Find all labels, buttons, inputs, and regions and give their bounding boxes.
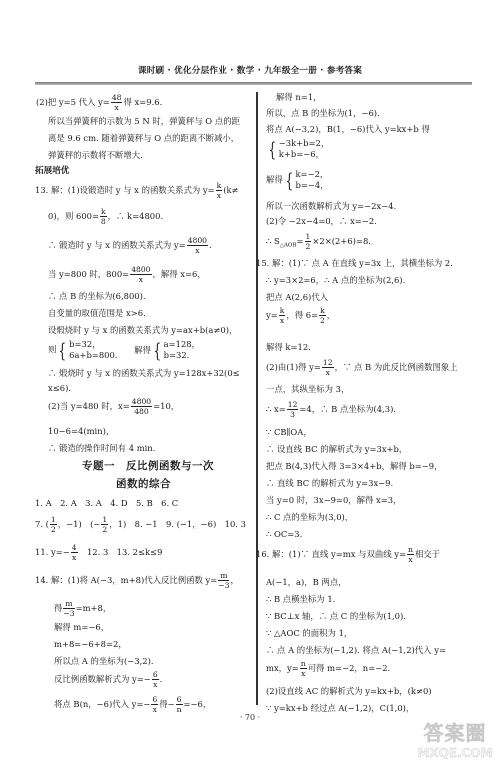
q12-part2-line1: (2)把 y=5 代入 y=48x得 x=9.6. [36,93,162,112]
q15-line10: ∴ 设直线 BC 的解析式为 y=3x+b， [266,445,407,453]
q14-line2: 得m−3=m+8， [54,599,111,618]
answers-11-13: 11. y=−4x 12. 3 13. 2≤k≤9 [35,543,162,562]
q15-line4: y=kx，得 6=k2， [266,306,335,325]
q13-line7: 设煅烧时 y 与 x 的函数关系式为 y=ax+b(a≠0)， [48,326,237,334]
q13-line9: ∴ 煅烧时 y 与 x 的函数关系式为 y=128x+32(0≤ [48,369,240,377]
q13-line13: ∴ 锻造的操作时间有 4 min. [48,444,155,452]
q15-line7: 一点，其纵坐标为 3， [266,385,349,393]
q13-line5: ∴ 点 B 的坐标为(6,800). [48,292,146,300]
q13-line10: x≤6). [48,384,71,392]
q14-cont-system: {−3k+b=2，k+b=−6， [266,138,329,160]
running-header: 课时刷 · 优化分层作业 · 数学 · 九年级全一册 · 参考答案 [0,64,500,76]
answers-7-10: 7. (12，−1) (−12，1) 8. −1 9. (−1，−6) 10. … [35,515,246,534]
q16-line6: ∴ 点 A 的坐标为(−1,2). 将点 A(−1,2)代入 y= [266,646,446,654]
q15-line14: ∴ C 点的坐标为(3,0)， [266,513,353,521]
q16-line3: ∴ B 点横坐标为 1. [266,595,335,603]
q15-line11: 把点 B(4,3)代入得 3=3×4+b，解得 b=−9， [266,462,443,470]
q13-line3: ∴ 锻造时 y 与 x 的函数关系式为 y=4800x. [48,236,212,255]
q14-line7: 将点 B(n，−6)代入 y=−6x得−6n=−6， [54,695,211,714]
q13-line2: 0)，则 600=k8，∴ k=4800. [48,207,163,226]
q13-line11: (2)当 y=480 时，x=4800480=10， [48,397,179,416]
q14-line6: 反比例函数解析式为 y=−6x. [54,670,162,689]
q15-line8: ∴ x=123=4，∴ B 点坐标为(4,3). [266,400,396,419]
section-title-extension: 拓展培优 [35,167,69,176]
topic-title-line1: 专题一 反比例函数与一次 [82,461,214,472]
q14-cont-line3: 将点 A(−3,2)，B(1，−6)代入 y=kx+b 得 [266,125,430,133]
q14-cont-area: ∴ S△AOB=12×2×(2+6)=8. [266,232,371,251]
q15-line6: (2)由(1)得 y=12x，∵ 点 B 为此反比例函数图象上 [266,358,458,377]
header-rule [35,82,472,85]
q16-line4: ∵ BC⊥x 轴，∴ 点 C 的坐标为(1,0). [266,612,406,620]
q13-line1: 13. 解：(1)设锻造时 y 与 x 的函数关系式为 y=kx(k≠ [35,181,239,200]
q15-line2: ∴ y=3×2=6，∴ A 点的坐标为(2,6). [266,276,405,284]
q15-line3: 把点 A(2,6)代入 [266,293,328,301]
fraction: 48x [111,93,123,112]
q16-line5: ∵ △AOC 的面积为 1， [266,629,352,637]
q12-part2-line4: 弹簧秤的示数将不断增大. [48,151,143,159]
q13-line12: 10−6=4(min)， [48,427,114,435]
q16-line1: 16. 解：(1)∵ 直线 y=mx 与双曲线 y=nx相交于 [256,545,440,564]
q16-line2: A(−1，a)，B 两点， [266,578,347,586]
q14-line4: m+8=−6+8=2， [54,640,127,648]
q15-line15: ∴ OC=3. [266,530,302,538]
q15-line1: 15. 解：(1)∵ 点 A 在直线 y=3x 上，其横坐标为 2. [256,259,453,267]
q16-line8: (2)设直线 AC 的解析式为 y=kx+b，(k≠0) [266,687,432,695]
q14-cont-solution: 解得{k=−2，b=−4， [266,169,329,191]
q13-line6: 自变量的取值范围是 x>6. [48,309,146,317]
q15-line5: 解得 k=12. [266,343,311,351]
column-divider [256,92,258,705]
q12-part2-line3: 离是 9.6 cm. 随着弹簧秤与 O 点的距离不断减小， [48,134,239,142]
q16-line7: mx，y=nx可得 m=−2，n=−2. [266,659,390,678]
q14-cont-line7: (2)令 −2x−4=0，∴ x=−2. [266,217,377,225]
q14-line3: 解得 m=−6， [54,623,109,631]
topic-title-line2: 函数的综合 [116,479,171,490]
q15-line13: 当 y=0 时，3x−9=0，解得 x=3， [266,496,402,504]
q16-line9: ∵ y=kx+b 经过点 A(−1,2)，C(1,0)， [266,704,414,712]
q12-part2-line2: 所以当弹簧秤的示数为 5 N 时，弹簧秤与 O 点的距 [48,117,240,125]
q13-line4: 当 y=800 时，800=4800x，解得 x=6， [48,265,206,284]
q13-line8-system: 则{b=32，6a+b=800. 解得{a=128，b=32. [48,339,200,361]
q15-line12: ∴ 直线 BC 的解析式为 y=3x−9. [266,479,393,487]
q14-cont-line2: 所以，点 B 的坐标为(1，−6). [266,109,380,117]
q14-line5: 所以点 A 的坐标为(−3,2). [54,657,154,665]
watermark-logo: 答案圈 MXQE.COM [410,720,500,770]
q14-line1: 14. 解：(1)将 A(−3，m+8)代入反比例函数 y=m−3， [35,571,239,590]
q14-cont-line1: 解得 n=1， [276,93,322,101]
answers-1-6: 1. A 2. A 3. A 4. D 5. B 6. C [35,499,178,507]
q14-cont-line6: 所以一次函数解析式为 y=−2x−4. [266,202,396,210]
q15-line9: ∵ CB∥OA， [266,428,312,436]
